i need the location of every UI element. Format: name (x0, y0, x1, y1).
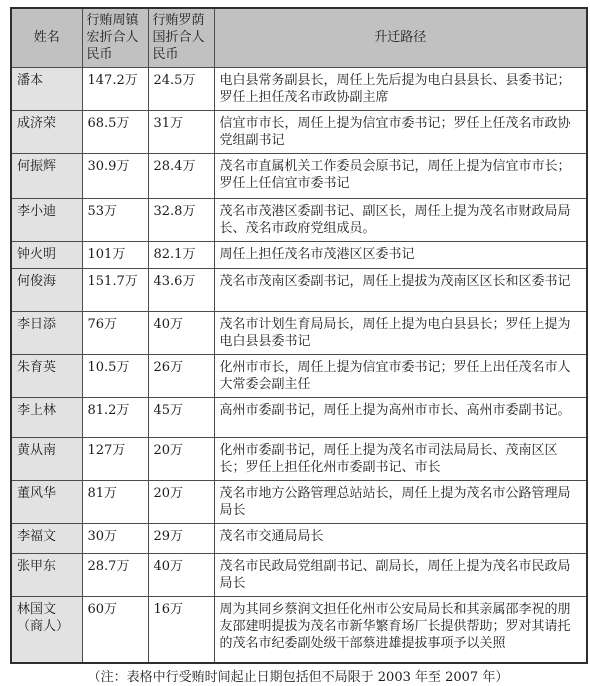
table-row: 成济荣68.5万31万信宜市市长，周任上提为信宜市委书记；罗任上任茂名市政协党组… (11, 110, 587, 153)
header-promotion-path: 升迁路径 (214, 8, 587, 67)
luo-amount-cell: 26万 (148, 354, 214, 397)
table-row: 张甲东28.7万40万茂名市民政局党组副书记、副局长，周任上提为茂名市民政局局长 (11, 553, 587, 596)
page: { "colors": { "header_bg": "#c1c1c1", "n… (0, 0, 590, 662)
luo-amount-cell: 45万 (148, 397, 214, 437)
zhou-amount-cell: 53万 (82, 198, 148, 241)
table-row: 李日添76万40万茂名市计划生育局局长，周任上提为电白县县长；罗任上提为电白县县… (11, 311, 587, 354)
name-cell: 李小迪 (11, 198, 82, 241)
path-cell: 电白县常务副县长，周任上先后提为电白县县长、县委书记；罗任上担任茂名市政协副主席 (214, 67, 587, 110)
path-cell: 茂名市民政局党组副书记、副局长，周任上提为茂名市民政局局长 (214, 553, 587, 596)
header-luo-bribe-amount: 行贿罗荫国折合人民币 (148, 8, 214, 67)
zhou-amount-cell: 28.7万 (82, 553, 148, 596)
zhou-amount-cell: 68.5万 (82, 110, 148, 153)
path-cell: 茂名市地方公路管理总站站长，周任上提为茂名市公路管理局局长 (214, 480, 587, 523)
name-cell: 黄从南 (11, 437, 82, 480)
luo-amount-cell: 31万 (148, 110, 214, 153)
name-cell: 董风华 (11, 480, 82, 523)
zhou-amount-cell: 147.2万 (82, 67, 148, 110)
luo-amount-cell: 16万 (148, 596, 214, 663)
table-row: 黄从南127万20万化州市委副书记，周任上提为茂名市司法局局长、茂南区区长；罗任… (11, 437, 587, 480)
name-cell: 李上林 (11, 397, 82, 437)
path-cell: 信宜市市长，周任上提为信宜市委书记；罗任上任茂名市政协党组副书记 (214, 110, 587, 153)
luo-amount-cell: 29万 (148, 523, 214, 553)
zhou-amount-cell: 101万 (82, 241, 148, 268)
header-row: 姓名 行贿周镇宏折合人民币 行贿罗荫国折合人民币 升迁路径 (11, 8, 587, 67)
path-cell: 茂名市交通局局长 (214, 523, 587, 553)
header-name: 姓名 (11, 8, 82, 67)
zhou-amount-cell: 76万 (82, 311, 148, 354)
path-cell: 茂名市茂南区委副书记，周任上提拔为茂南区区长和区委书记 (214, 268, 587, 311)
path-cell: 化州市委副书记，周任上提为茂名市司法局局长、茂南区区长；罗任上担任化州市委副书记… (214, 437, 587, 480)
footnote: （注：表格中行受贿时间起止日期包括但不局限于 2003 年至 2007 年） (10, 670, 586, 686)
name-cell: 成济荣 (11, 110, 82, 153)
table-row: 潘本147.2万24.5万电白县常务副县长，周任上先后提为电白县县长、县委书记；… (11, 67, 587, 110)
path-cell: 周为其同乡蔡润文担任化州市公安局局长和其亲属邵李祝的朋友邵建明提拔为茂名市新华繁… (214, 596, 587, 663)
name-cell: 张甲东 (11, 553, 82, 596)
table-body: 潘本147.2万24.5万电白县常务副县长，周任上先后提为电白县县长、县委书记；… (11, 67, 587, 663)
zhou-amount-cell: 81.2万 (82, 397, 148, 437)
path-cell: 茂名市计划生育局局长，周任上提为电白县县长；罗任上提为电白县县委书记 (214, 311, 587, 354)
zhou-amount-cell: 30万 (82, 523, 148, 553)
zhou-amount-cell: 151.7万 (82, 268, 148, 311)
name-cell: 朱育英 (11, 354, 82, 397)
table-row: 董风华81万20万茂名市地方公路管理总站站长，周任上提为茂名市公路管理局局长 (11, 480, 587, 523)
name-cell: 李福文 (11, 523, 82, 553)
luo-amount-cell: 32.8万 (148, 198, 214, 241)
zhou-amount-cell: 127万 (82, 437, 148, 480)
table-row: 何振辉30.9万28.4万茂名市直属机关工作委员会原书记，周任上提为信宜市市长；… (11, 153, 587, 198)
luo-amount-cell: 43.6万 (148, 268, 214, 311)
luo-amount-cell: 82.1万 (148, 241, 214, 268)
name-cell: 何俊海 (11, 268, 82, 311)
table-header: 姓名 行贿周镇宏折合人民币 行贿罗荫国折合人民币 升迁路径 (11, 8, 587, 67)
path-cell: 高州市委副书记，周任上提为高州市市长、高州市委副书记。 (214, 397, 587, 437)
luo-amount-cell: 20万 (148, 480, 214, 523)
name-cell: 李日添 (11, 311, 82, 354)
luo-amount-cell: 20万 (148, 437, 214, 480)
table-row: 朱育英10.5万26万化州市市长，周任上提为信宜市委书记；罗任上出任茂名市人大常… (11, 354, 587, 397)
table-row: 何俊海151.7万43.6万茂名市茂南区委副书记，周任上提拔为茂南区区长和区委书… (11, 268, 587, 311)
table-row: 李上林81.2万45万高州市委副书记，周任上提为高州市市长、高州市委副书记。 (11, 397, 587, 437)
name-cell: 钟火明 (11, 241, 82, 268)
name-cell: 林国文（商人） (11, 596, 82, 663)
name-cell: 潘本 (11, 67, 82, 110)
table-row: 钟火明101万82.1万周任上担任茂名市茂港区区委书记 (11, 241, 587, 268)
table-row: 李福文30万29万茂名市交通局局长 (11, 523, 587, 553)
luo-amount-cell: 24.5万 (148, 67, 214, 110)
path-cell: 茂名市茂港区委副书记、副区长，周任上提为茂名市财政局局长、茂名市政府党组成员。 (214, 198, 587, 241)
table-row: 林国文（商人）60万16万周为其同乡蔡润文担任化州市公安局局长和其亲属邵李祝的朋… (11, 596, 587, 663)
bribery-table: 姓名 行贿周镇宏折合人民币 行贿罗荫国折合人民币 升迁路径 潘本147.2万24… (10, 7, 588, 664)
bribery-table-document: 姓名 行贿周镇宏折合人民币 行贿罗荫国折合人民币 升迁路径 潘本147.2万24… (0, 0, 590, 686)
luo-amount-cell: 40万 (148, 553, 214, 596)
path-cell: 化州市市长，周任上提为信宜市委书记；罗任上出任茂名市人大常委会副主任 (214, 354, 587, 397)
luo-amount-cell: 28.4万 (148, 153, 214, 198)
zhou-amount-cell: 30.9万 (82, 153, 148, 198)
path-cell: 茂名市直属机关工作委员会原书记，周任上提为信宜市市长；罗任上任信宜市委书记 (214, 153, 587, 198)
table-row: 李小迪53万32.8万茂名市茂港区委副书记、副区长，周任上提为茂名市财政局局长、… (11, 198, 587, 241)
header-zhou-bribe-amount: 行贿周镇宏折合人民币 (82, 8, 148, 67)
zhou-amount-cell: 60万 (82, 596, 148, 663)
name-cell: 何振辉 (11, 153, 82, 198)
luo-amount-cell: 40万 (148, 311, 214, 354)
zhou-amount-cell: 81万 (82, 480, 148, 523)
zhou-amount-cell: 10.5万 (82, 354, 148, 397)
path-cell: 周任上担任茂名市茂港区区委书记 (214, 241, 587, 268)
